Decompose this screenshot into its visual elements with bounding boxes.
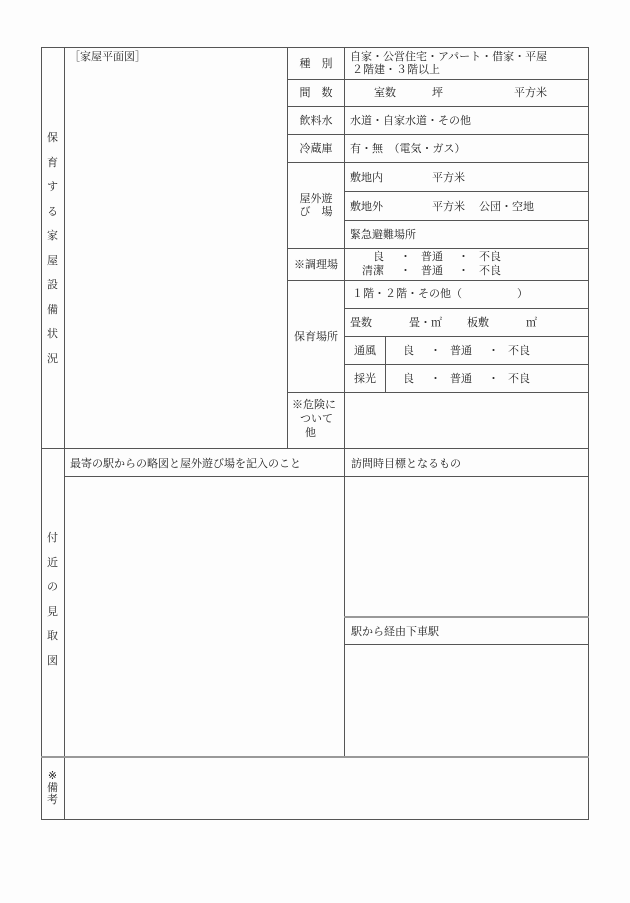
- danger-input-area[interactable]: [345, 393, 588, 448]
- row-line: [287, 248, 589, 249]
- side-char: 設: [41, 273, 64, 298]
- offsite-unit: 平方米: [432, 200, 465, 213]
- vent-sub-divider: [385, 336, 386, 393]
- fridge-options[interactable]: 有・無 （電気・ガス）: [350, 142, 466, 155]
- ventilation-option[interactable]: 普通: [450, 344, 472, 357]
- fridge-label: 冷蔵庫: [288, 142, 344, 155]
- side-char: す: [41, 175, 64, 200]
- side-char: 況: [41, 347, 64, 372]
- tatami-label: 畳数: [350, 316, 372, 329]
- ventilation-sep: ・: [430, 344, 441, 357]
- remarks-input-area[interactable]: [65, 758, 588, 819]
- onsite-unit: 平方米: [432, 171, 465, 184]
- floor-plan-label: ［家屋平面図］: [69, 50, 146, 63]
- board-label: 板敷: [467, 316, 489, 329]
- tatami-unit: 畳・㎡: [409, 316, 442, 329]
- sqm-unit: 平方米: [514, 86, 547, 99]
- ventilation-label: 通風: [345, 344, 385, 357]
- row-line: [344, 308, 589, 309]
- section-divider-1: [41, 448, 589, 449]
- side-char: 考: [41, 794, 64, 806]
- remarks-side-label: ※ 備 考: [41, 770, 64, 806]
- floor-plan-area[interactable]: [65, 48, 287, 448]
- side-char: 備: [41, 298, 64, 323]
- side-char: 付: [41, 526, 64, 551]
- house-section-side-label: 保 育 す る 家 屋 設 備 状 況: [41, 126, 64, 371]
- danger-label-line2: ついて: [300, 412, 333, 425]
- care-place-label: 保育場所: [288, 330, 344, 343]
- landmark-label: 訪問時目標となるもの: [351, 457, 461, 470]
- row-line: [287, 280, 589, 281]
- side-char: 状: [41, 322, 64, 347]
- side-char: 取: [41, 624, 64, 649]
- kitchen-label: ※調理場: [288, 258, 344, 271]
- side-char: る: [41, 200, 64, 225]
- lighting-option[interactable]: 不良: [508, 372, 530, 385]
- row-line: [344, 191, 589, 192]
- lighting-label: 採光: [345, 372, 385, 385]
- map-section-side-label: 付 近 の 見 取 図: [41, 526, 64, 673]
- evacuation-label: 緊急避難場所: [350, 228, 416, 241]
- side-char: 屋: [41, 249, 64, 274]
- row-line: [287, 162, 589, 163]
- outdoor-label-line1: 屋外遊: [288, 192, 344, 205]
- row-line: [344, 220, 589, 221]
- onsite-label: 敷地内: [350, 171, 383, 184]
- kitchen-option[interactable]: 良: [373, 250, 384, 263]
- side-char: 近: [41, 551, 64, 576]
- danger-label-line1: ※危険に: [292, 398, 336, 411]
- cleanliness-option[interactable]: 清潔: [362, 264, 384, 277]
- lighting-sep: ・: [430, 372, 441, 385]
- route-input-area[interactable]: [345, 645, 588, 756]
- landmark-input-area[interactable]: [345, 477, 588, 616]
- outdoor-label-line2: び 場: [288, 205, 344, 218]
- rooms-unit: 室数: [374, 86, 396, 99]
- tsubo-unit: 坪: [432, 86, 443, 99]
- danger-label-line3: 他: [305, 426, 316, 439]
- side-char: 育: [41, 151, 64, 176]
- offsite-label: 敷地外: [350, 200, 383, 213]
- side-char: 保: [41, 126, 64, 151]
- care-floor-options[interactable]: １階・２階・その他（ ）: [352, 287, 528, 300]
- row-line: [344, 364, 589, 365]
- water-label: 飲料水: [288, 114, 344, 127]
- type-label: 種 別: [288, 57, 344, 70]
- kitchen-sep: ・: [400, 264, 411, 277]
- offsite-type[interactable]: 公団・空地: [479, 200, 534, 213]
- kitchen-sep: ・: [458, 264, 469, 277]
- kitchen-sep: ・: [458, 250, 469, 263]
- side-char: 図: [41, 649, 64, 674]
- map-drawing-area[interactable]: [65, 477, 344, 756]
- lighting-option[interactable]: 普通: [450, 372, 472, 385]
- kitchen-option[interactable]: 不良: [479, 250, 501, 263]
- type-options-line1[interactable]: 自家・公営住宅・アパート・借家・平屋: [350, 50, 547, 63]
- ventilation-option[interactable]: 良: [403, 344, 414, 357]
- water-options[interactable]: 水道・自家水道・その他: [350, 114, 471, 127]
- row-line: [287, 79, 589, 80]
- ventilation-sep: ・: [488, 344, 499, 357]
- row-line: [344, 336, 589, 337]
- side-char: 見: [41, 600, 64, 625]
- kitchen-option[interactable]: 普通: [421, 250, 443, 263]
- route-label: 駅から経由下車駅: [351, 625, 439, 638]
- map-instruction: 最寄の駅からの略図と屋外遊び場を記入のこと: [70, 457, 301, 470]
- row-line: [287, 106, 589, 107]
- kitchen-sep: ・: [400, 250, 411, 263]
- lighting-sep: ・: [488, 372, 499, 385]
- route-top-line: [344, 616, 589, 618]
- lighting-option[interactable]: 良: [403, 372, 414, 385]
- board-unit: ㎡: [526, 316, 537, 329]
- side-char: の: [41, 575, 64, 600]
- side-char: 家: [41, 224, 64, 249]
- rooms-label: 間 数: [288, 86, 344, 99]
- type-options-line2[interactable]: ２階建・３階以上: [352, 63, 440, 76]
- row-line: [287, 134, 589, 135]
- cleanliness-option[interactable]: 普通: [421, 264, 443, 277]
- cleanliness-option[interactable]: 不良: [479, 264, 501, 277]
- frame-bottom: [41, 819, 589, 820]
- ventilation-option[interactable]: 不良: [508, 344, 530, 357]
